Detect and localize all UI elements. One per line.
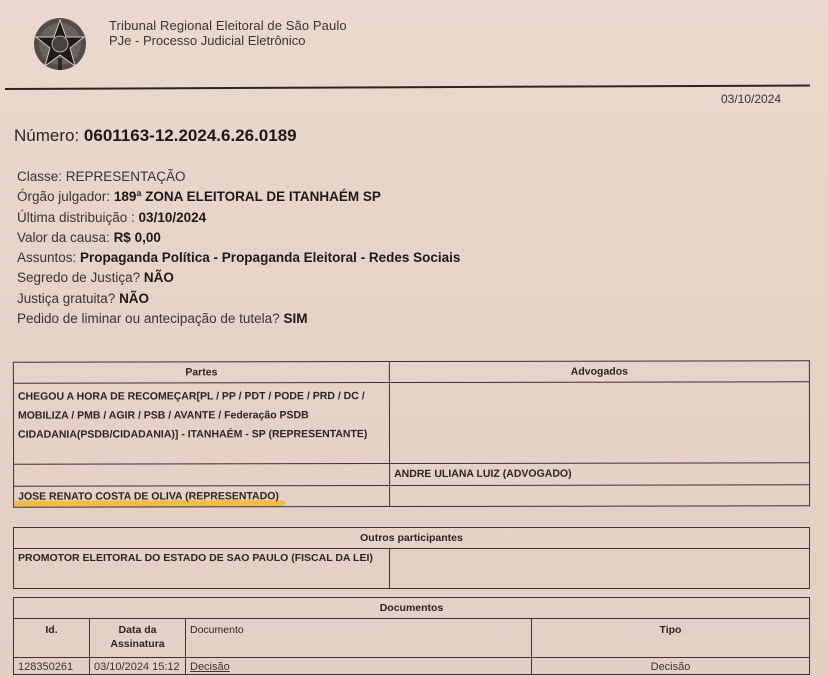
representado-party: JOSE RENATO COSTA DE OLIVA (REPRESENTADO… [14, 486, 390, 508]
print-date: 03/10/2024 [721, 92, 781, 106]
documentos-title-row: Documentos [14, 598, 810, 619]
doc-id: 128350261 [14, 658, 90, 675]
court-name: Tribunal Regional Eleitoral de São Paulo [109, 18, 347, 33]
brazil-coat-of-arms-icon [30, 14, 90, 74]
representado-lawyers-cell [390, 485, 810, 507]
table-row: ANDRE ULIANA LUIZ (ADVOGADO) [14, 463, 810, 486]
doc-link[interactable]: Decisão [186, 658, 532, 675]
outros-participantes-table: Outros participantes PROMOTOR ELEITORAL … [13, 527, 810, 589]
table-row: JOSE RENATO COSTA DE OLIVA (REPRESENTADO… [14, 485, 810, 507]
field-pedido-liminar-value: SIM [283, 311, 307, 326]
advogados-header: Advogados [389, 361, 809, 383]
table-row: PROMOTOR ELEITORAL DO ESTADO DE SAO PAUL… [14, 549, 810, 589]
process-fields: Classe: REPRESENTAÇÃO Órgão julgador: 18… [17, 167, 460, 329]
representante-lawyers-cell [389, 382, 809, 464]
field-classe-value: REPRESENTAÇÃO [66, 169, 186, 184]
fiscal-participant: PROMOTOR ELEITORAL DO ESTADO DE SAO PAUL… [14, 549, 390, 589]
field-assuntos-value: Propaganda Política - Propaganda Eleitor… [80, 250, 460, 265]
outros-header-row: Outros participantes [14, 528, 810, 549]
column-id: Id. [14, 619, 90, 658]
process-number: Número: 0601163-12.2024.6.26.0189 [14, 126, 297, 146]
field-justica-gratuita-value: NÃO [119, 291, 149, 306]
empty-cell [390, 549, 810, 589]
field-classe: Classe: REPRESENTAÇÃO [17, 167, 460, 187]
field-ultima-distribuicao: Última distribuição : 03/10/2024 [17, 208, 460, 228]
documentos-table: Documentos Id. Data da Assinatura Docume… [13, 597, 810, 675]
header-divider [5, 84, 810, 90]
process-number-label: Número: [14, 126, 84, 145]
field-orgao-julgador: Órgão julgador: 189ª ZONA ELEITORAL DE I… [17, 187, 460, 207]
partes-table: Partes Advogados CHEGOU A HORA DE RECOME… [13, 360, 810, 507]
lawyer-name: ANDRE ULIANA LUIZ (ADVOGADO) [390, 463, 810, 486]
table-row: 128350261 03/10/2024 15:12 Decisão Decis… [14, 658, 810, 675]
field-justica-gratuita: Justiça gratuita? NÃO [17, 289, 460, 309]
system-name: PJe - Processo Judicial Eletrônico [109, 33, 306, 48]
field-segredo-justica-value: NÃO [144, 270, 174, 285]
documentos-columns-row: Id. Data da Assinatura Documento Tipo [14, 619, 810, 658]
doc-data: 03/10/2024 15:12 [90, 658, 186, 675]
doc-tipo: Decisão [532, 658, 810, 675]
document-header: Tribunal Regional Eleitoral de São Paulo… [0, 0, 828, 100]
empty-cell [14, 464, 390, 487]
outros-header: Outros participantes [14, 528, 810, 549]
field-orgao-julgador-value: 189ª ZONA ELEITORAL DE ITANHAÉM SP [114, 189, 381, 204]
field-pedido-liminar: Pedido de liminar ou antecipação de tute… [17, 309, 460, 329]
documentos-title: Documentos [14, 598, 810, 619]
field-segredo-justica: Segredo de Justiça? NÃO [17, 268, 460, 288]
highlight-mark: JOSE RENATO COSTA DE OLIVA (REPRESENTADO… [18, 490, 279, 502]
column-data-assinatura: Data da Assinatura [90, 619, 186, 658]
partes-header-row: Partes Advogados [13, 361, 809, 383]
column-tipo: Tipo [532, 619, 810, 658]
document-link[interactable]: Decisão [190, 661, 230, 673]
column-documento: Documento [186, 619, 532, 658]
field-ultima-distribuicao-value: 03/10/2024 [139, 210, 207, 225]
field-valor-causa: Valor da causa: R$ 0,00 [17, 228, 460, 248]
table-row: CHEGOU A HORA DE RECOMEÇAR[PL / PP / PDT… [13, 382, 809, 464]
field-assuntos: Assuntos: Propaganda Política - Propagan… [17, 248, 460, 268]
partes-header: Partes [13, 362, 389, 384]
representante-party: CHEGOU A HORA DE RECOMEÇAR[PL / PP / PDT… [13, 383, 389, 465]
field-valor-causa-value: R$ 0,00 [114, 230, 161, 245]
process-number-value: 0601163-12.2024.6.26.0189 [84, 126, 297, 145]
